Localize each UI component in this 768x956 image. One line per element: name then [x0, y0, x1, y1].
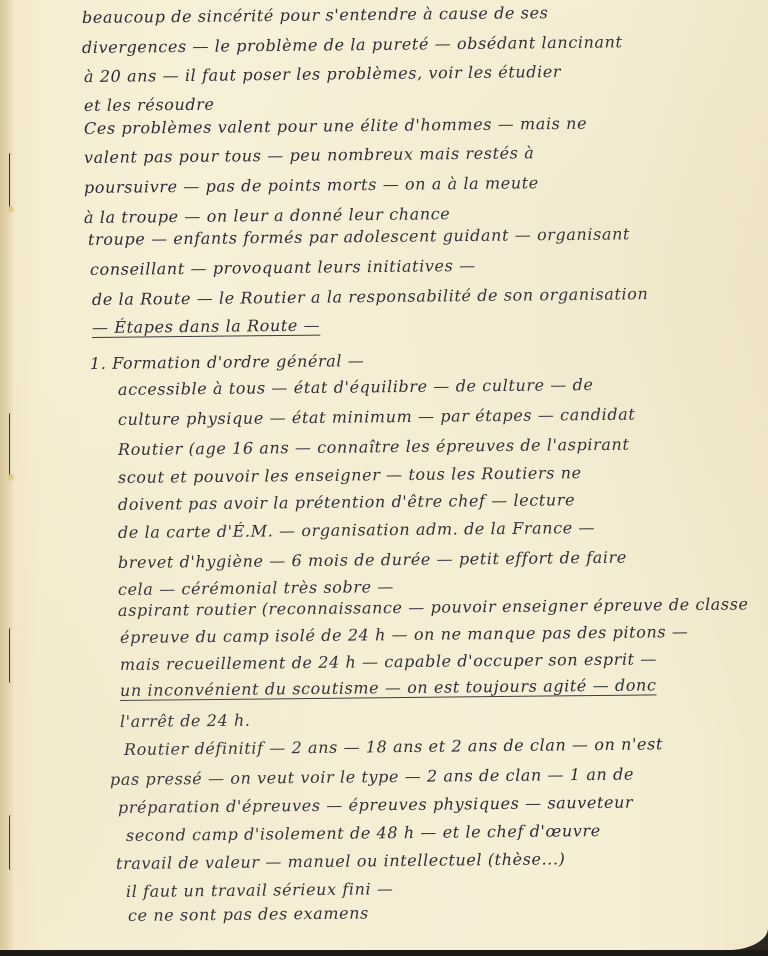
text-line: à la troupe — on leur a donné leur chanc… [84, 204, 451, 227]
text-line: de la carte d'É.M. — organisation adm. d… [118, 518, 595, 542]
text-line: divergences — le problème de la pureté —… [82, 32, 623, 57]
text-line: épreuve du camp isolé de 24 h — on ne ma… [120, 622, 689, 647]
text-line: troupe — enfants formés par adolescent g… [88, 224, 630, 249]
text-line: à 20 ans — il faut poser les problèmes, … [84, 62, 561, 86]
text-line: brevet d'hygiène — 6 mois de durée — pet… [118, 548, 627, 572]
text-line: scout et pouvoir les enseigner — tous le… [118, 463, 582, 487]
text-line: cela — cérémonial très sobre — [118, 577, 394, 599]
text-line: culture physique — état minimum — par ét… [118, 405, 635, 429]
binding-stitch [9, 815, 13, 870]
text-line: préparation d'épreuves — épreuves physiq… [118, 793, 633, 817]
text-line: Routier (age 16 ans — connaître les épre… [118, 435, 630, 459]
text-line: travail de valeur — manuel ou intellectu… [116, 849, 566, 873]
text-line: de la Route — le Routier a la responsabi… [92, 284, 649, 309]
text-line: Ces problèmes valent pour une élite d'ho… [84, 114, 587, 138]
text-line: mais recueillement de 24 h — capable d'o… [120, 649, 657, 674]
stitch-hole [6, 473, 15, 482]
text-line: poursuivre — pas de points morts — on a … [84, 173, 539, 197]
text-line: valent pas pour tous — peu nombreux mais… [84, 143, 534, 167]
text-line: il faut un travail sérieux fini — [126, 879, 394, 901]
binding-stitch [9, 153, 13, 208]
section-heading-etapes: — Étapes dans la Route — [92, 316, 320, 337]
notebook-page: beaucoup de sincérité pour s'entendre à … [0, 0, 768, 950]
binding-stitch [9, 628, 13, 683]
stitch-hole [6, 205, 15, 214]
numbered-heading: 1. Formation d'ordre général — [90, 351, 365, 373]
text-line-routier-definitif: Routier définitif — 2 ans — 18 ans et 2 … [124, 734, 663, 759]
text-line: beaucoup de sincérité pour s'entendre à … [82, 3, 549, 27]
text-line-underlined: un inconvénient du scoutisme — on est to… [120, 675, 657, 700]
text-line: accessible à tous — état d'équilibre — d… [118, 375, 594, 399]
page-bottom-edge [0, 950, 768, 956]
text-line: conseillant — provoquant leurs initiativ… [90, 256, 476, 279]
text-line: pas pressé — on veut voir le type — 2 an… [110, 765, 634, 789]
text-line: aspirant routier (reconnaissance — pouvo… [118, 594, 749, 620]
text-line: doivent pas avoir la prétention d'être c… [118, 490, 575, 514]
text-line: l'arrêt de 24 h. [120, 711, 251, 731]
text-line: second camp d'isolement de 48 h — et le … [126, 821, 601, 845]
binding-stitch [9, 413, 13, 478]
text-line: et les résoudre [84, 95, 215, 115]
text-line: ce ne sont pas des examens [128, 903, 369, 925]
